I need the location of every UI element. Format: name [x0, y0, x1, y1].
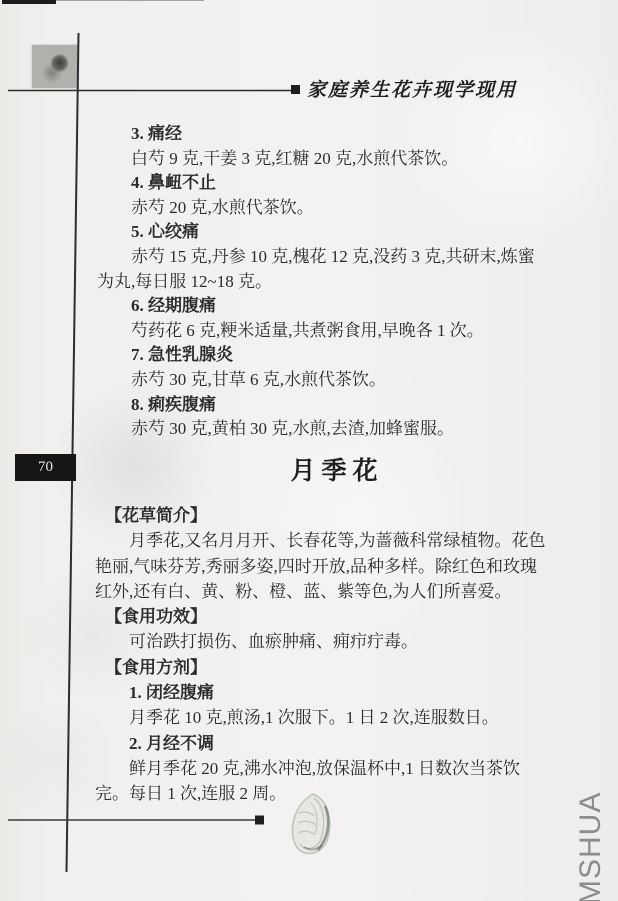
- recipe-text-line: 赤芍 30 克,甘草 6 克,水煎代茶饮。: [97, 368, 605, 393]
- rose-text-line: 艳丽,气味芬芳,秀丽多姿,四时开放,品种多样。除红色和玫瑰: [95, 554, 605, 579]
- subsection-heading: 【食用功效】: [95, 604, 605, 629]
- recipe-heading: 7. 急性乳腺炎: [97, 343, 605, 368]
- recipes-section: 3. 痛经 白芍 9 克,干姜 3 克,红糖 20 克,水煎代茶饮。 4. 鼻衄…: [97, 122, 605, 442]
- running-head: 家庭养生花卉现学现用: [307, 78, 602, 104]
- book-page: 家庭养生花卉现学现用 3. 痛经 白芍 9 克,干姜 3 克,红糖 20 克,水…: [0, 0, 618, 901]
- recipe-heading: 3. 痛经: [97, 122, 605, 147]
- rose-text-line: 月季花 10 克,煎汤,1 次服下。1 日 2 次,连服数日。: [95, 705, 605, 730]
- rose-text-line: 可治跌打损伤、血瘀肿痛、痈疖疔毒。: [95, 629, 605, 654]
- rose-text-line: 完。每日 1 次,连服 2 周。: [95, 781, 605, 806]
- recipe-text-line: 赤芍 30 克,黄柏 30 克,水煎,去渣,加蜂蜜服。: [97, 417, 605, 442]
- rose-section: 【花草简介】 月季花,又名月月开、长春花等,为蔷薇科常绿植物。花色 艳丽,气味芬…: [95, 503, 605, 807]
- recipe-text-line: 为丸,每日服 12~18 克。: [97, 270, 605, 295]
- mshua-watermark: MSHUA: [574, 775, 608, 901]
- recipe-heading: 4. 鼻衄不止: [97, 171, 605, 196]
- page-number: 70: [15, 454, 76, 481]
- recipe-text-line: 白芍 9 克,干姜 3 克,红糖 20 克,水煎代茶饮。: [97, 147, 605, 172]
- recipe-text-line: 赤芍 20 克,水煎代茶饮。: [97, 196, 605, 221]
- chapter-title: 月季花: [87, 451, 587, 487]
- recipe-heading: 8. 痢疾腹痛: [97, 393, 605, 418]
- recipe-heading: 1. 闭经腹痛: [95, 680, 605, 705]
- subsection-heading: 【食用方剂】: [95, 655, 605, 680]
- recipe-text-line: 赤芍 15 克,丹参 10 克,槐花 12 克,没药 3 克,共研末,炼蜜: [97, 245, 605, 270]
- recipe-heading: 2. 月经不调: [95, 731, 605, 756]
- recipe-heading: 6. 经期腹痛: [97, 294, 605, 319]
- subsection-heading: 【花草简介】: [95, 503, 605, 528]
- rose-text-line: 鲜月季花 20 克,沸水冲泡,放保温杯中,1 日数次当茶饮: [95, 756, 605, 781]
- rose-text-line: 月季花,又名月月开、长春花等,为蔷薇科常绿植物。花色: [95, 528, 605, 553]
- recipe-text-line: 芍药花 6 克,粳米适量,共煮粥食用,早晚各 1 次。: [97, 319, 605, 344]
- rose-text-line: 红外,还有白、黄、粉、橙、蓝、紫等色,为人们所喜爱。: [95, 579, 605, 604]
- recipe-heading: 5. 心绞痛: [97, 220, 605, 245]
- shell-logo-icon: [284, 789, 340, 859]
